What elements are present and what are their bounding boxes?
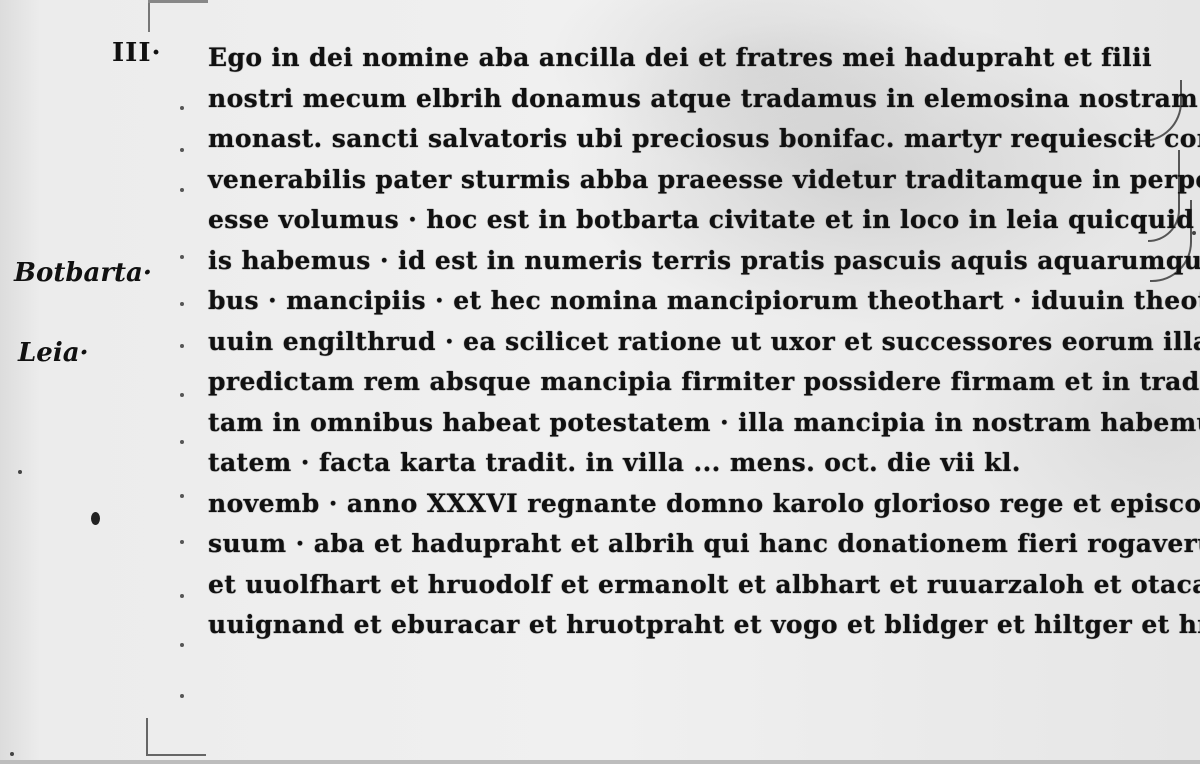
text-line: predictam rem absque mancipia firmiter p… bbox=[208, 362, 1148, 403]
text-line: is habemus · id est in numeris terris pr… bbox=[208, 241, 1148, 282]
text-line: monast. sancti salvatoris ubi preciosus … bbox=[208, 119, 1148, 160]
text-line: suum · aba et hadupraht et albrih qui ha… bbox=[208, 524, 1148, 565]
charter-text: Ego in dei nomine aba ancilla dei et fra… bbox=[208, 38, 1148, 646]
text-line: et uuolfhart et hruodolf et ermanolt et … bbox=[208, 565, 1148, 606]
corner-mark-bottom-vertical bbox=[146, 718, 148, 756]
prick-mark bbox=[180, 594, 184, 598]
text-line: nostri mecum elbrih donamus atque tradam… bbox=[208, 79, 1148, 120]
ruling-prick-marks bbox=[180, 0, 188, 764]
stray-mark bbox=[18, 470, 22, 474]
prick-mark bbox=[180, 148, 184, 152]
prick-mark bbox=[180, 344, 184, 348]
text-line: uuignand et eburacar et hruotpraht et vo… bbox=[208, 605, 1148, 646]
charter-number: III· bbox=[112, 38, 162, 68]
ink-blot bbox=[91, 512, 100, 525]
manuscript-page: III· Botbarta· Leia· Ego in dei nomine a… bbox=[0, 0, 1200, 764]
text-line: tatem · facta karta tradit. in villa ...… bbox=[208, 443, 1148, 484]
text-line: tam in omnibus habeat potestatem · illa … bbox=[208, 403, 1148, 444]
text-line: esse volumus · hoc est in botbarta civit… bbox=[208, 200, 1148, 241]
text-line: venerabilis pater sturmis abba praeesse … bbox=[208, 160, 1148, 201]
corner-mark-top-edge bbox=[148, 0, 208, 3]
text-line: novemb · anno XXXVI regnante domno karol… bbox=[208, 484, 1148, 525]
corner-mark-bottom-horizontal bbox=[146, 754, 206, 756]
text-line: bus · mancipiis · et hec nomina mancipio… bbox=[208, 281, 1148, 322]
prick-mark bbox=[180, 540, 184, 544]
page-bottom-edge bbox=[0, 760, 1200, 764]
prick-mark bbox=[180, 494, 184, 498]
prick-mark bbox=[180, 643, 184, 647]
margin-note-leia: Leia· bbox=[18, 338, 89, 368]
text-line: uuin engilthrud · ea scilicet ratione ut… bbox=[208, 322, 1148, 363]
text-line: Ego in dei nomine aba ancilla dei et fra… bbox=[208, 38, 1148, 79]
prick-mark bbox=[180, 440, 184, 444]
stray-mark bbox=[10, 752, 14, 756]
prick-mark bbox=[180, 393, 184, 397]
prick-mark bbox=[180, 302, 184, 306]
prick-mark bbox=[180, 188, 184, 192]
prick-mark bbox=[180, 694, 184, 698]
prick-mark bbox=[180, 106, 184, 110]
margin-note-botbarta: Botbarta· bbox=[14, 258, 152, 288]
corner-mark-top bbox=[148, 0, 150, 32]
prick-mark bbox=[180, 255, 184, 259]
